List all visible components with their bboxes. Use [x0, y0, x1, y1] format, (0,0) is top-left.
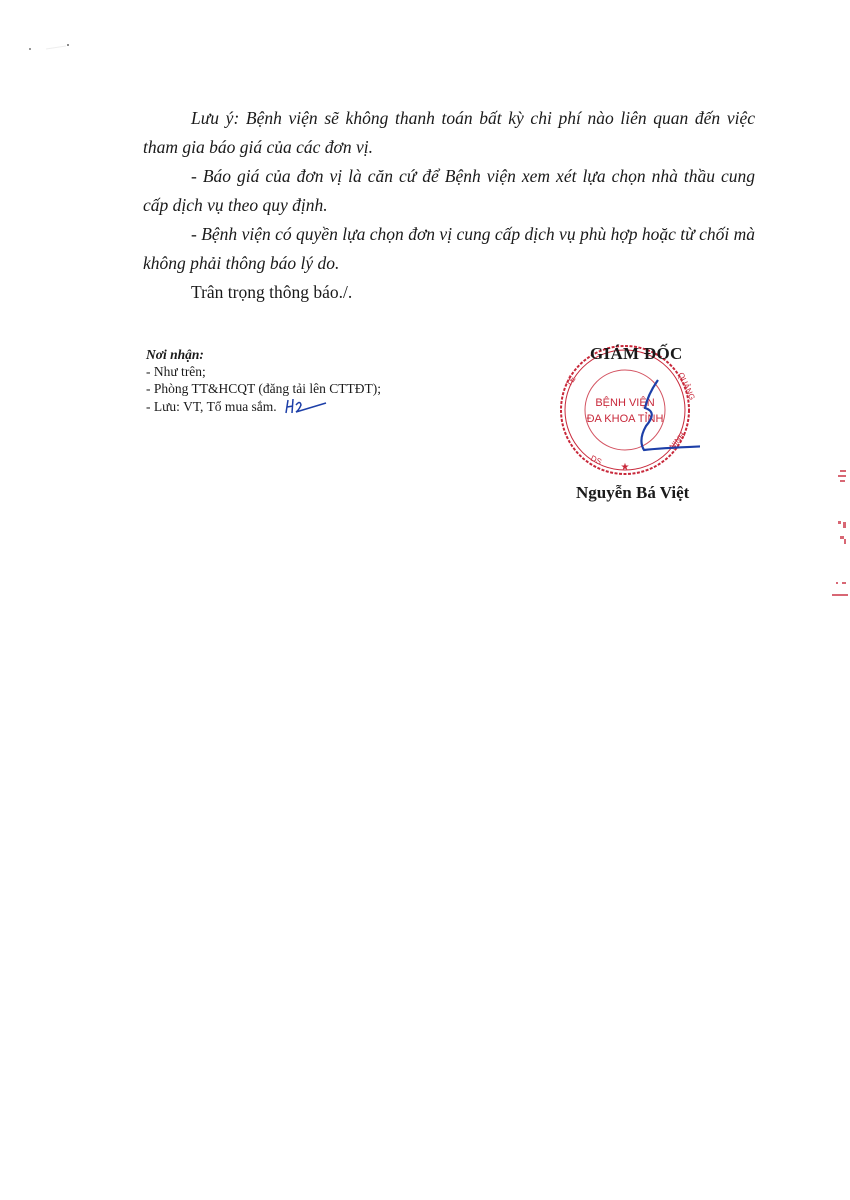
svg-text:★: ★ — [621, 462, 630, 473]
signer-title: GIÁM ĐỐC — [590, 344, 683, 364]
closing-text: Trân trọng thông báo./. — [143, 278, 755, 307]
dust-mark — [28, 40, 78, 58]
recipient-item: - Lưu: VT, Tổ mua sắm. — [146, 397, 381, 419]
edge-stamp-fragment-icon — [828, 466, 850, 611]
note-quote-basis: - Báo giá của đơn vị là căn cứ để Bệnh v… — [143, 162, 755, 220]
note-payment: Lưu ý: Bệnh viện sẽ không thanh toán bất… — [143, 104, 755, 162]
recipient-item: - Phòng TT&HCQT (đăng tải lên CTTĐT); — [146, 380, 381, 397]
initials-icon — [284, 397, 330, 419]
signature-block: TẾ QUẢNG NINH DS ★ BỆNH VIỆN ĐA KHOA TỈN… — [540, 338, 720, 508]
recipient-item: - Như trên; — [146, 363, 381, 380]
recipients-block: Nơi nhận: - Như trên; - Phòng TT&HCQT (đ… — [146, 346, 381, 419]
signer-name: Nguyễn Bá Việt — [576, 483, 689, 503]
recipient-item-text: - Lưu: VT, Tổ mua sắm. — [146, 399, 277, 414]
note-selection-right: - Bệnh viện có quyền lựa chọn đơn vị cun… — [143, 220, 755, 278]
svg-text:QUẢNG: QUẢNG — [676, 371, 697, 401]
recipients-title: Nơi nhận: — [146, 346, 381, 363]
